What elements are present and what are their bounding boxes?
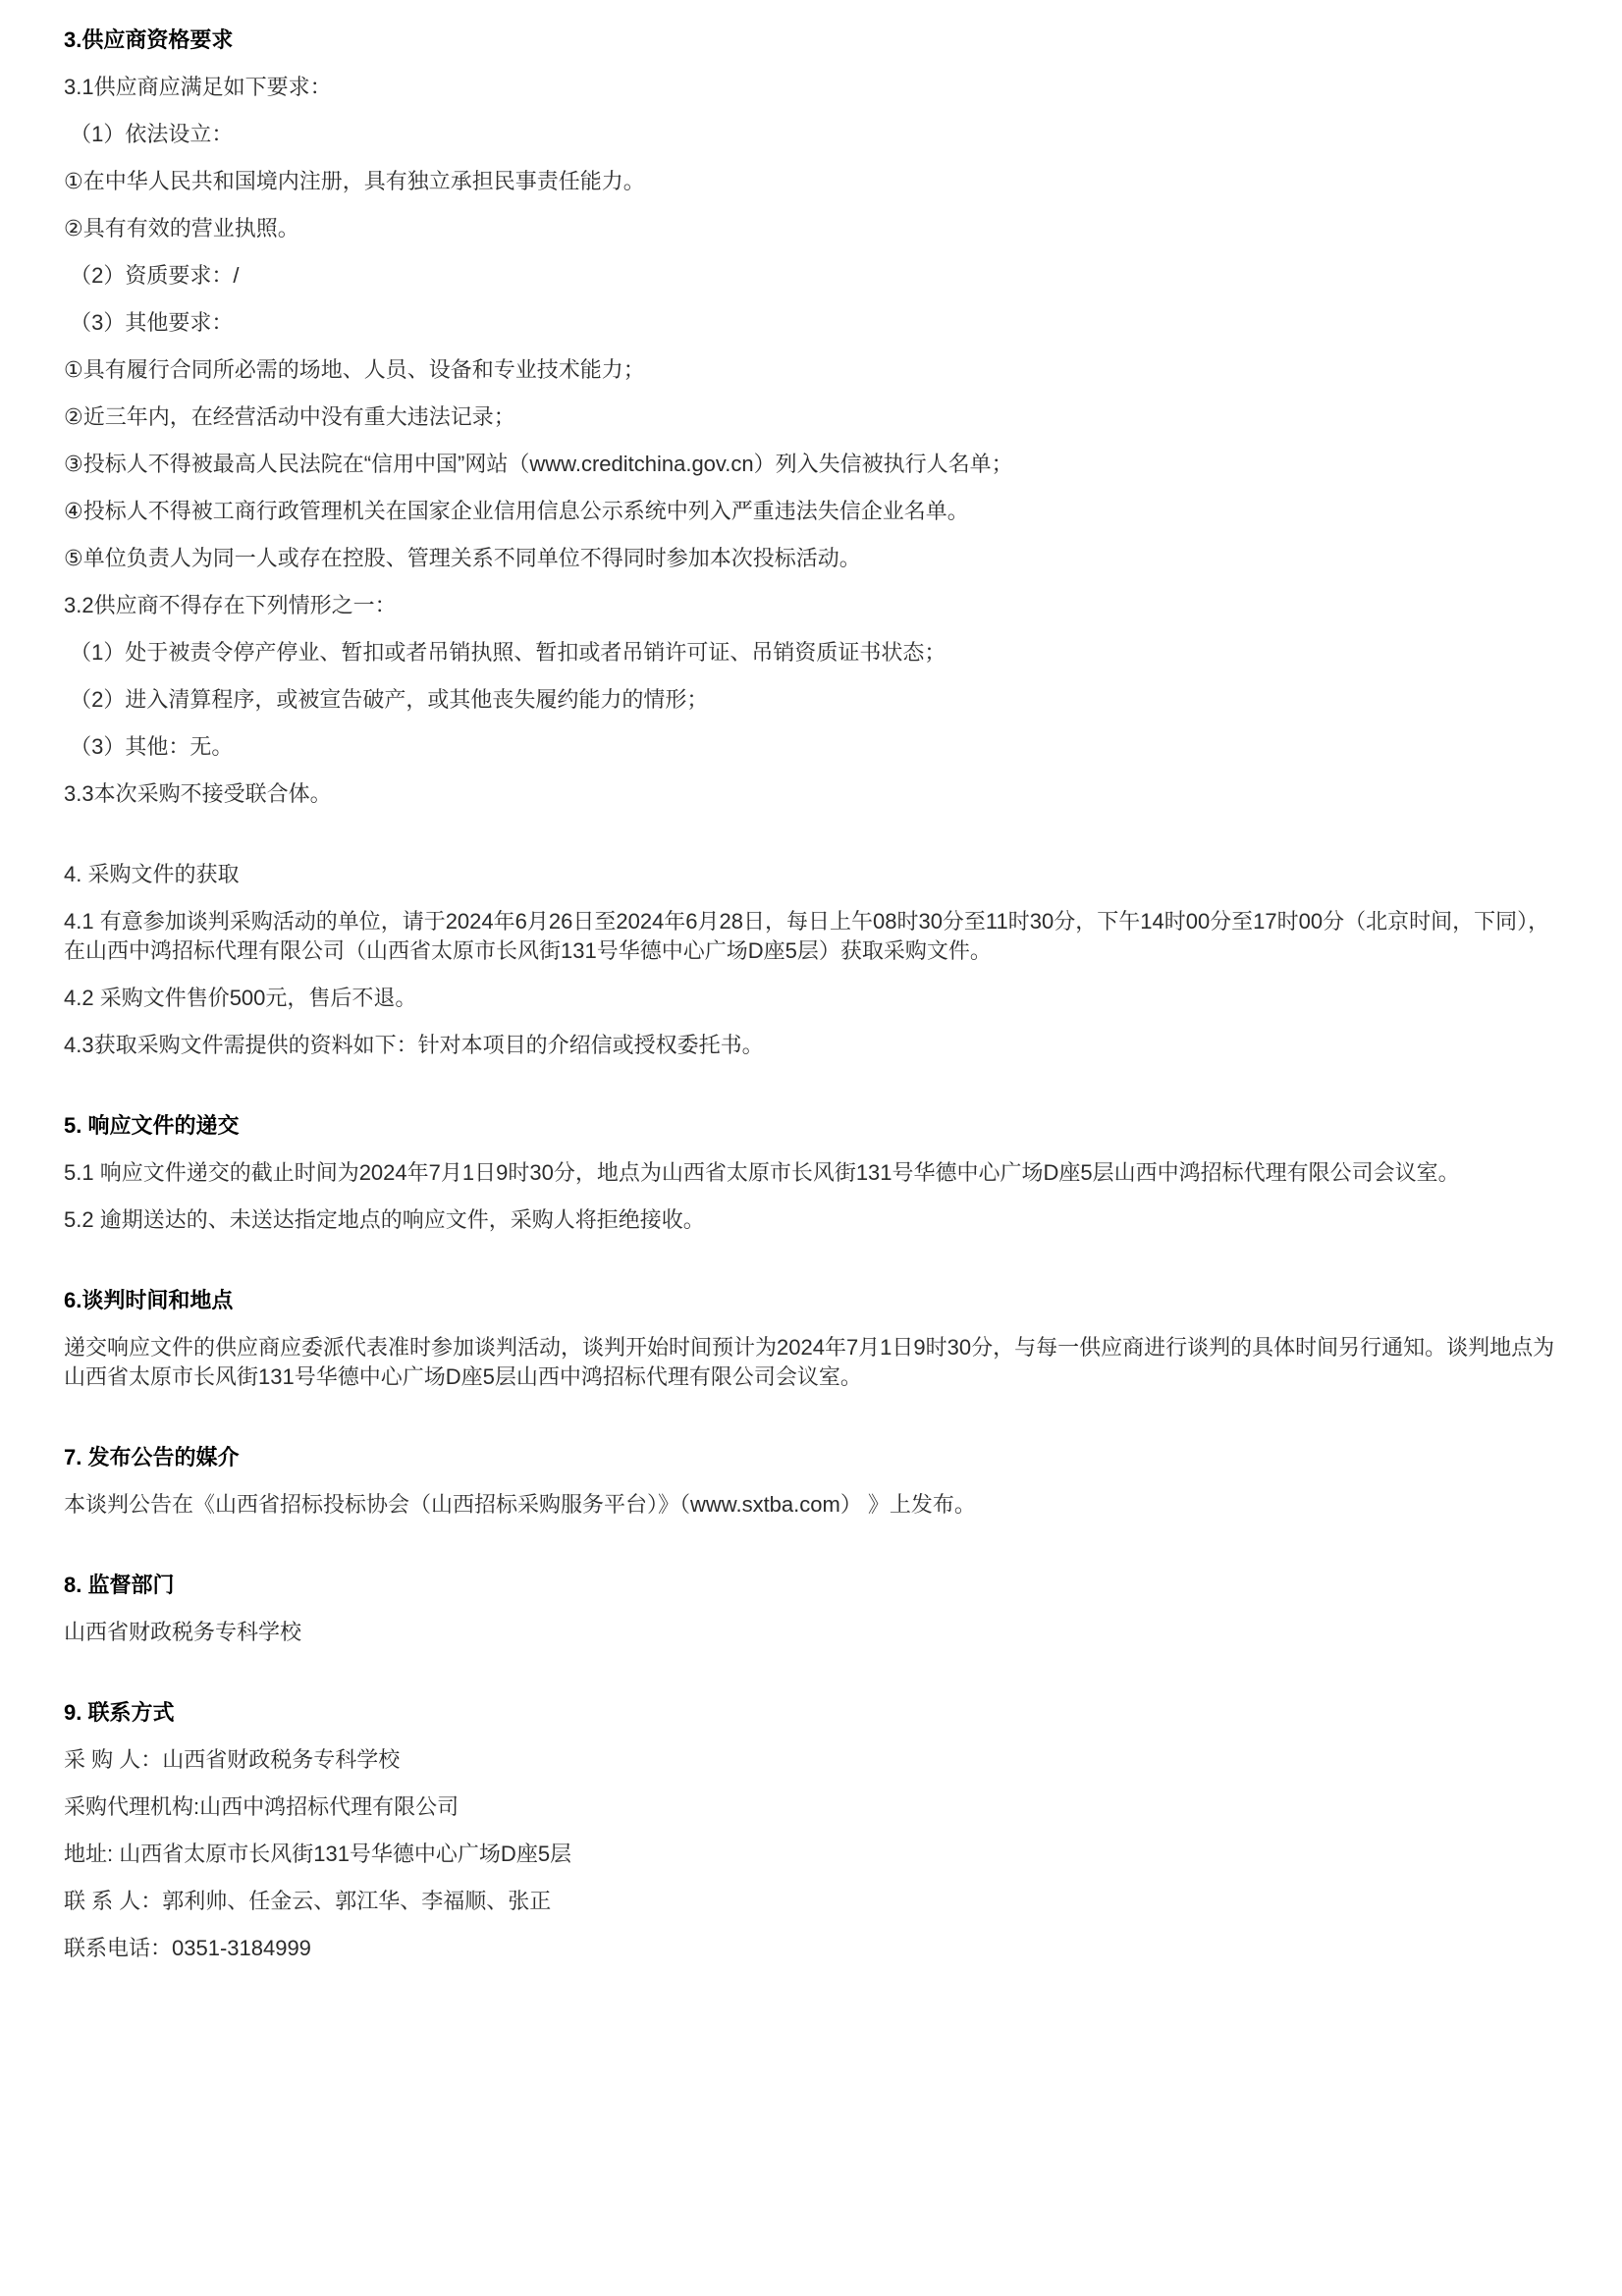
paragraph: ①具有履行合同所必需的场地、人员、设备和专业技术能力； [64, 355, 1559, 385]
section-heading-document-acquisition: 4. 采购文件的获取 [64, 860, 1559, 889]
paragraph: 5.2 逾期送达的、未送达指定地点的响应文件，采购人将拒绝接收。 [64, 1205, 1559, 1235]
paragraph: 4.2 采购文件售价500元，售后不退。 [64, 984, 1559, 1013]
paragraph: ⑤单位负责人为同一人或存在控股、管理关系不同单位不得同时参加本次投标活动。 [64, 544, 1559, 573]
paragraph: 4.1 有意参加谈判采购活动的单位，请于2024年6月26日至2024年6月28… [64, 907, 1559, 966]
paragraph: 3.2供应商不得存在下列情形之一： [64, 591, 1559, 620]
section-announcement-media: 7. 发布公告的媒介 本谈判公告在《山西省招标投标协会（山西招标采购服务平台）》… [64, 1443, 1559, 1520]
paragraph-contact-phone: 联系电话：0351-3184999 [64, 1934, 1559, 1963]
procurement-notice-document: 3.供应商资格要求 3.1供应商应满足如下要求： （1）依法设立： ①在中华人民… [0, 0, 1622, 2296]
paragraph: 本谈判公告在《山西省招标投标协会（山西招标采购服务平台）》（www.sxtba.… [64, 1490, 1559, 1520]
paragraph-purchaser: 采 购 人：山西省财政税务专科学校 [64, 1745, 1559, 1775]
paragraph: ③投标人不得被最高人民法院在“信用中国”网站（www.creditchina.g… [64, 450, 1559, 479]
section-document-acquisition: 4. 采购文件的获取 4.1 有意参加谈判采购活动的单位，请于2024年6月26… [64, 860, 1559, 1060]
section-negotiation-time-place: 6.谈判时间和地点 递交响应文件的供应商应委派代表准时参加谈判活动，谈判开始时间… [64, 1286, 1559, 1392]
paragraph: （3）其他：无。 [64, 732, 1559, 762]
paragraph: ②近三年内，在经营活动中没有重大违法记录； [64, 402, 1559, 432]
section-heading-contact-info: 9. 联系方式 [64, 1698, 1559, 1728]
section-heading-response-submission: 5. 响应文件的递交 [64, 1111, 1559, 1141]
section-supervision-department: 8. 监督部门 山西省财政税务专科学校 [64, 1571, 1559, 1647]
paragraph: 5.1 响应文件递交的截止时间为2024年7月1日9时30分，地点为山西省太原市… [64, 1158, 1559, 1188]
paragraph: 3.1供应商应满足如下要求： [64, 73, 1559, 102]
paragraph-contact-persons: 联 系 人：郭利帅、任金云、郭江华、李福顺、张正 [64, 1887, 1559, 1916]
section-heading-announcement-media: 7. 发布公告的媒介 [64, 1443, 1559, 1472]
paragraph: （2）进入清算程序，或被宣告破产，或其他丧失履约能力的情形； [64, 685, 1559, 715]
paragraph: （1）依法设立： [64, 120, 1559, 149]
paragraph: ④投标人不得被工商行政管理机关在国家企业信用信息公示系统中列入严重违法失信企业名… [64, 497, 1559, 526]
paragraph: ②具有有效的营业执照。 [64, 214, 1559, 243]
paragraph-agency: 采购代理机构:山西中鸿招标代理有限公司 [64, 1792, 1559, 1822]
section-heading-negotiation-time-place: 6.谈判时间和地点 [64, 1286, 1559, 1315]
section-heading-supervision-department: 8. 监督部门 [64, 1571, 1559, 1600]
section-supplier-qualifications: 3.供应商资格要求 3.1供应商应满足如下要求： （1）依法设立： ①在中华人民… [64, 26, 1559, 809]
paragraph: 递交响应文件的供应商应委派代表准时参加谈判活动，谈判开始时间预计为2024年7月… [64, 1333, 1559, 1392]
paragraph: （3）其他要求： [64, 308, 1559, 338]
paragraph: （2）资质要求：/ [64, 261, 1559, 291]
paragraph-address: 地址: 山西省太原市长风街131号华德中心广场D座5层 [64, 1840, 1559, 1869]
section-response-submission: 5. 响应文件的递交 5.1 响应文件递交的截止时间为2024年7月1日9时30… [64, 1111, 1559, 1235]
paragraph: 3.3本次采购不接受联合体。 [64, 779, 1559, 809]
paragraph: 山西省财政税务专科学校 [64, 1618, 1559, 1647]
section-contact-info: 9. 联系方式 采 购 人：山西省财政税务专科学校 采购代理机构:山西中鸿招标代… [64, 1698, 1559, 1963]
paragraph: （1）处于被责令停产停业、暂扣或者吊销执照、暂扣或者吊销许可证、吊销资质证书状态… [64, 638, 1559, 667]
paragraph: 4.3获取采购文件需提供的资料如下：针对本项目的介绍信或授权委托书。 [64, 1031, 1559, 1060]
section-heading-supplier-qualifications: 3.供应商资格要求 [64, 26, 1559, 55]
paragraph: ①在中华人民共和国境内注册，具有独立承担民事责任能力。 [64, 167, 1559, 196]
